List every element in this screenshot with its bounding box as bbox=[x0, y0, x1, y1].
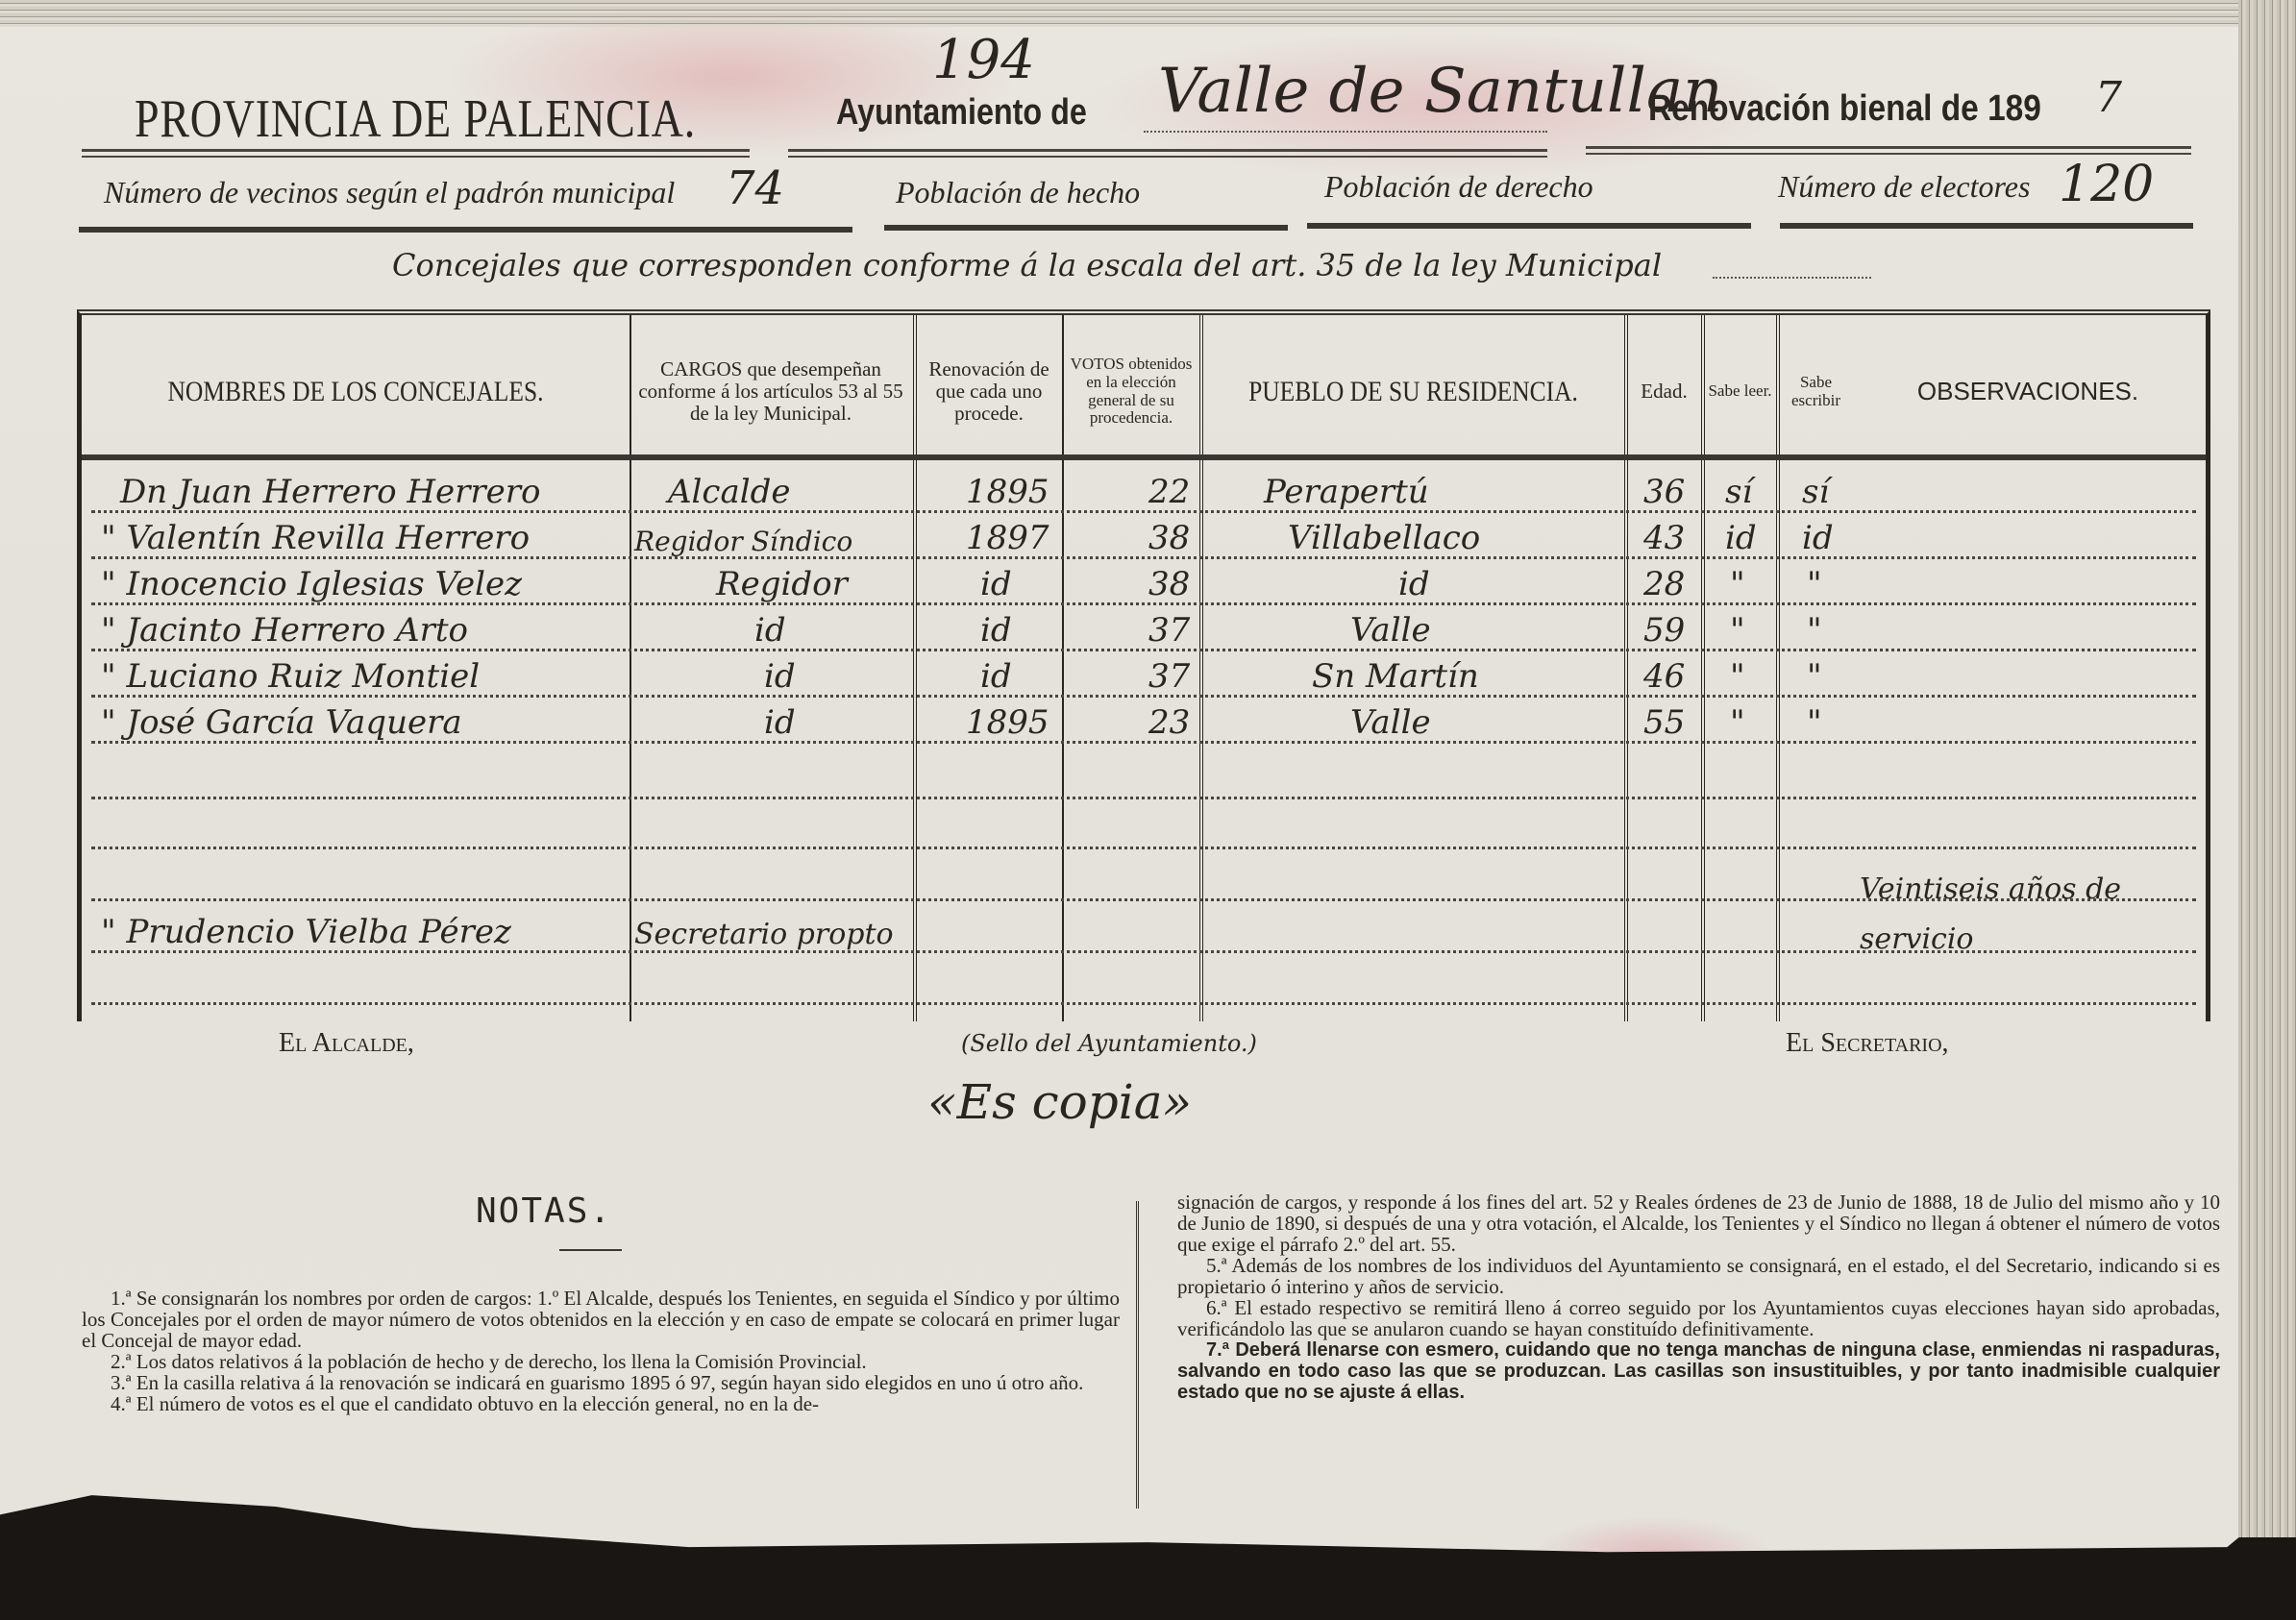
cell-observaciones: Veintiseis años de servicio bbox=[1860, 865, 2186, 965]
page-stack-right-edge bbox=[2238, 0, 2296, 1537]
cell-cargo: id bbox=[754, 611, 786, 650]
poblacion-derecho-label: Población de derecho bbox=[1324, 169, 1593, 205]
page-stack-top-edge bbox=[0, 0, 2239, 27]
cell-leer: " bbox=[1730, 703, 1745, 742]
renovacion-value: 7 bbox=[2095, 73, 2122, 122]
es-copia-annotation: «Es copia» bbox=[927, 1074, 1192, 1130]
notas-dash bbox=[559, 1249, 622, 1251]
cell-edad: 55 bbox=[1643, 703, 1685, 742]
electores-label: Número de electores bbox=[1778, 169, 2030, 205]
cell-votos: 37 bbox=[1148, 657, 1190, 696]
header-rule-left bbox=[82, 149, 750, 158]
cell-edad: 36 bbox=[1643, 473, 1685, 511]
cell-escribir: " bbox=[1807, 657, 1822, 696]
ayuntamiento-dotted-line bbox=[1144, 131, 1547, 133]
table-row-empty bbox=[82, 963, 2206, 1009]
column-header-sabe-escribir: Sabe escribir bbox=[1780, 327, 1852, 456]
cell-renovacion: 1895 bbox=[966, 473, 1049, 511]
province-title: PROVINCIA DE PALENCIA. bbox=[135, 88, 696, 150]
cell-leer: " bbox=[1730, 611, 1745, 650]
cell-votos: 38 bbox=[1148, 565, 1190, 603]
cell-leer: " bbox=[1730, 565, 1745, 603]
cell-renovacion: 1895 bbox=[966, 703, 1049, 742]
column-header-votos: VOTOS obtenidos en la elección general d… bbox=[1064, 327, 1198, 456]
column-header-cargos: CARGOS que desempeñan conforme á los art… bbox=[631, 327, 910, 456]
cell-renovacion: id bbox=[980, 565, 1012, 603]
cell-votos: 22 bbox=[1148, 473, 1190, 511]
table-row-empty bbox=[82, 757, 2206, 803]
column-header-pueblo: PUEBLO DE SU RESIDENCIA. bbox=[1235, 327, 1592, 456]
register-number: 194 bbox=[932, 29, 1035, 91]
column-header-observaciones: OBSERVACIONES. bbox=[1855, 327, 2201, 456]
header-rule-middle bbox=[788, 149, 1547, 158]
note-5: 5.ª Además de los nombres de los individ… bbox=[1177, 1255, 2220, 1297]
fields-rule-1 bbox=[79, 227, 852, 233]
cell-renovacion: id bbox=[980, 611, 1012, 650]
table-row: " Valentín Revilla Herrero Regidor Síndi… bbox=[82, 517, 2206, 563]
fields-rule-3 bbox=[1307, 223, 1751, 229]
table-row-secretario: " Prudencio Vielba Pérez Secretario prop… bbox=[82, 911, 2206, 957]
cell-escribir: " bbox=[1807, 611, 1822, 650]
table-row-empty bbox=[82, 807, 2206, 853]
cell-pueblo: Perapertú bbox=[1264, 473, 1429, 511]
note-1: 1.ª Se consignarán los nombres por orden… bbox=[82, 1288, 1120, 1351]
cell-pueblo: Valle bbox=[1350, 703, 1431, 742]
cell-nombre: Dn Juan Herrero Herrero bbox=[120, 473, 541, 511]
note-7: 7.ª Deberá llenarse con esmero, cuidando… bbox=[1177, 1339, 2220, 1403]
cell-nombre: " Valentín Revilla Herrero bbox=[101, 519, 530, 557]
column-header-sabe-leer: Sabe leer. bbox=[1705, 327, 1775, 456]
sello-label: (Sello del Ayuntamiento.) bbox=[961, 1030, 1257, 1057]
cell-edad: 59 bbox=[1643, 611, 1685, 650]
cell-escribir: " bbox=[1807, 565, 1822, 603]
cell-leer: sí bbox=[1725, 473, 1752, 511]
concejales-table: NOMBRES DE LOS CONCEJALES. CARGOS que de… bbox=[77, 309, 2210, 1021]
cell-edad: 46 bbox=[1643, 657, 1685, 696]
document-page: 194 PROVINCIA DE PALENCIA. Ayuntamiento … bbox=[0, 0, 2296, 1620]
table-row: Dn Juan Herrero Herrero Alcalde 1895 22 … bbox=[82, 471, 2206, 517]
electores-value: 120 bbox=[2059, 156, 2154, 213]
row-dotted-line bbox=[91, 797, 2196, 799]
cell-nombre: " José García Vaquera bbox=[101, 703, 462, 742]
cell-cargo: Secretario propto bbox=[634, 918, 894, 951]
cell-edad: 43 bbox=[1643, 519, 1685, 557]
cell-cargo: id bbox=[764, 703, 796, 742]
cell-pueblo: Valle bbox=[1350, 611, 1431, 650]
cell-pueblo: id bbox=[1398, 565, 1430, 603]
header-rule-right bbox=[1586, 146, 2191, 155]
notas-title: NOTAS. bbox=[476, 1191, 612, 1231]
concejales-dotted-line bbox=[1713, 277, 1871, 279]
note-3: 3.ª En la casilla relativa á la renovaci… bbox=[82, 1372, 1120, 1393]
cell-pueblo: Villabellaco bbox=[1288, 519, 1480, 557]
fields-rule-4 bbox=[1780, 223, 2193, 229]
column-header-renovacion: Renovación de que cada uno procede. bbox=[917, 327, 1061, 456]
table-row: " Luciano Ruiz Montiel id id 37 Sn Martí… bbox=[82, 655, 2206, 701]
ayuntamiento-value: Valle de Santullan bbox=[1158, 56, 1722, 127]
note-2: 2.ª Los datos relativos á la población d… bbox=[82, 1351, 1120, 1372]
cell-renovacion: 1897 bbox=[966, 519, 1049, 557]
cell-cargo: Regidor bbox=[716, 565, 848, 603]
cell-votos: 37 bbox=[1148, 611, 1190, 650]
cell-escribir: " bbox=[1807, 703, 1822, 742]
vecinos-value: 74 bbox=[726, 161, 784, 215]
row-dotted-line bbox=[91, 847, 2196, 849]
cell-votos: 23 bbox=[1148, 703, 1190, 742]
column-header-nombres: NOMBRES DE LOS CONCEJALES. bbox=[123, 327, 589, 456]
cell-renovacion: id bbox=[980, 657, 1012, 696]
cell-cargo: Alcalde bbox=[668, 473, 791, 511]
cell-nombre: " Luciano Ruiz Montiel bbox=[101, 657, 480, 696]
ayuntamiento-label: Ayuntamiento de bbox=[836, 92, 1087, 134]
fields-rule-2 bbox=[884, 225, 1288, 231]
note-4: 4.ª El número de votos es el que el cand… bbox=[82, 1393, 1120, 1414]
cell-escribir: sí bbox=[1802, 473, 1829, 511]
row-dotted-line bbox=[91, 1002, 2196, 1005]
vecinos-label: Número de vecinos según el padrón munici… bbox=[104, 175, 675, 210]
cell-leer: id bbox=[1725, 519, 1757, 557]
note-4-continuation: signación de cargos, y responde á los fi… bbox=[1177, 1191, 2220, 1255]
poblacion-hecho-label: Población de hecho bbox=[896, 175, 1140, 210]
cell-edad: 28 bbox=[1643, 565, 1685, 603]
table-row: " José García Vaquera id 1895 23 Valle 5… bbox=[82, 701, 2206, 748]
cell-nombre: " Inocencio Iglesias Velez bbox=[101, 565, 522, 603]
cell-escribir: id bbox=[1802, 519, 1834, 557]
cell-nombre: " Jacinto Herrero Arto bbox=[101, 611, 468, 650]
notes-column-divider bbox=[1136, 1201, 1139, 1509]
note-6: 6.ª El estado respectivo se remitirá lle… bbox=[1177, 1297, 2220, 1339]
cell-pueblo: Sn Martín bbox=[1312, 657, 1479, 696]
cell-leer: " bbox=[1730, 657, 1745, 696]
cell-cargo: Regidor Síndico bbox=[634, 526, 852, 557]
alcalde-signature-label: El Alcalde, bbox=[279, 1028, 414, 1059]
cell-nombre: " Prudencio Vielba Pérez bbox=[101, 913, 511, 951]
header-separator bbox=[82, 454, 2206, 460]
table-row: " Jacinto Herrero Arto id id 37 Valle 59… bbox=[82, 609, 2206, 655]
column-header-edad: Edad. bbox=[1628, 327, 1700, 456]
cell-votos: 38 bbox=[1148, 519, 1190, 557]
notes-right-column: signación de cargos, y responde á los fi… bbox=[1177, 1191, 2220, 1403]
concejales-scale-label: Concejales que corresponden conforme á l… bbox=[392, 247, 1662, 283]
cell-cargo: id bbox=[764, 657, 796, 696]
notes-left-column: 1.ª Se consignarán los nombres por orden… bbox=[82, 1288, 1120, 1414]
table-row: " Inocencio Iglesias Velez Regidor id 38… bbox=[82, 563, 2206, 609]
secretario-signature-label: El Secretario, bbox=[1786, 1028, 1949, 1059]
renovacion-label: Renovación bienal de 189 bbox=[1648, 88, 2041, 130]
